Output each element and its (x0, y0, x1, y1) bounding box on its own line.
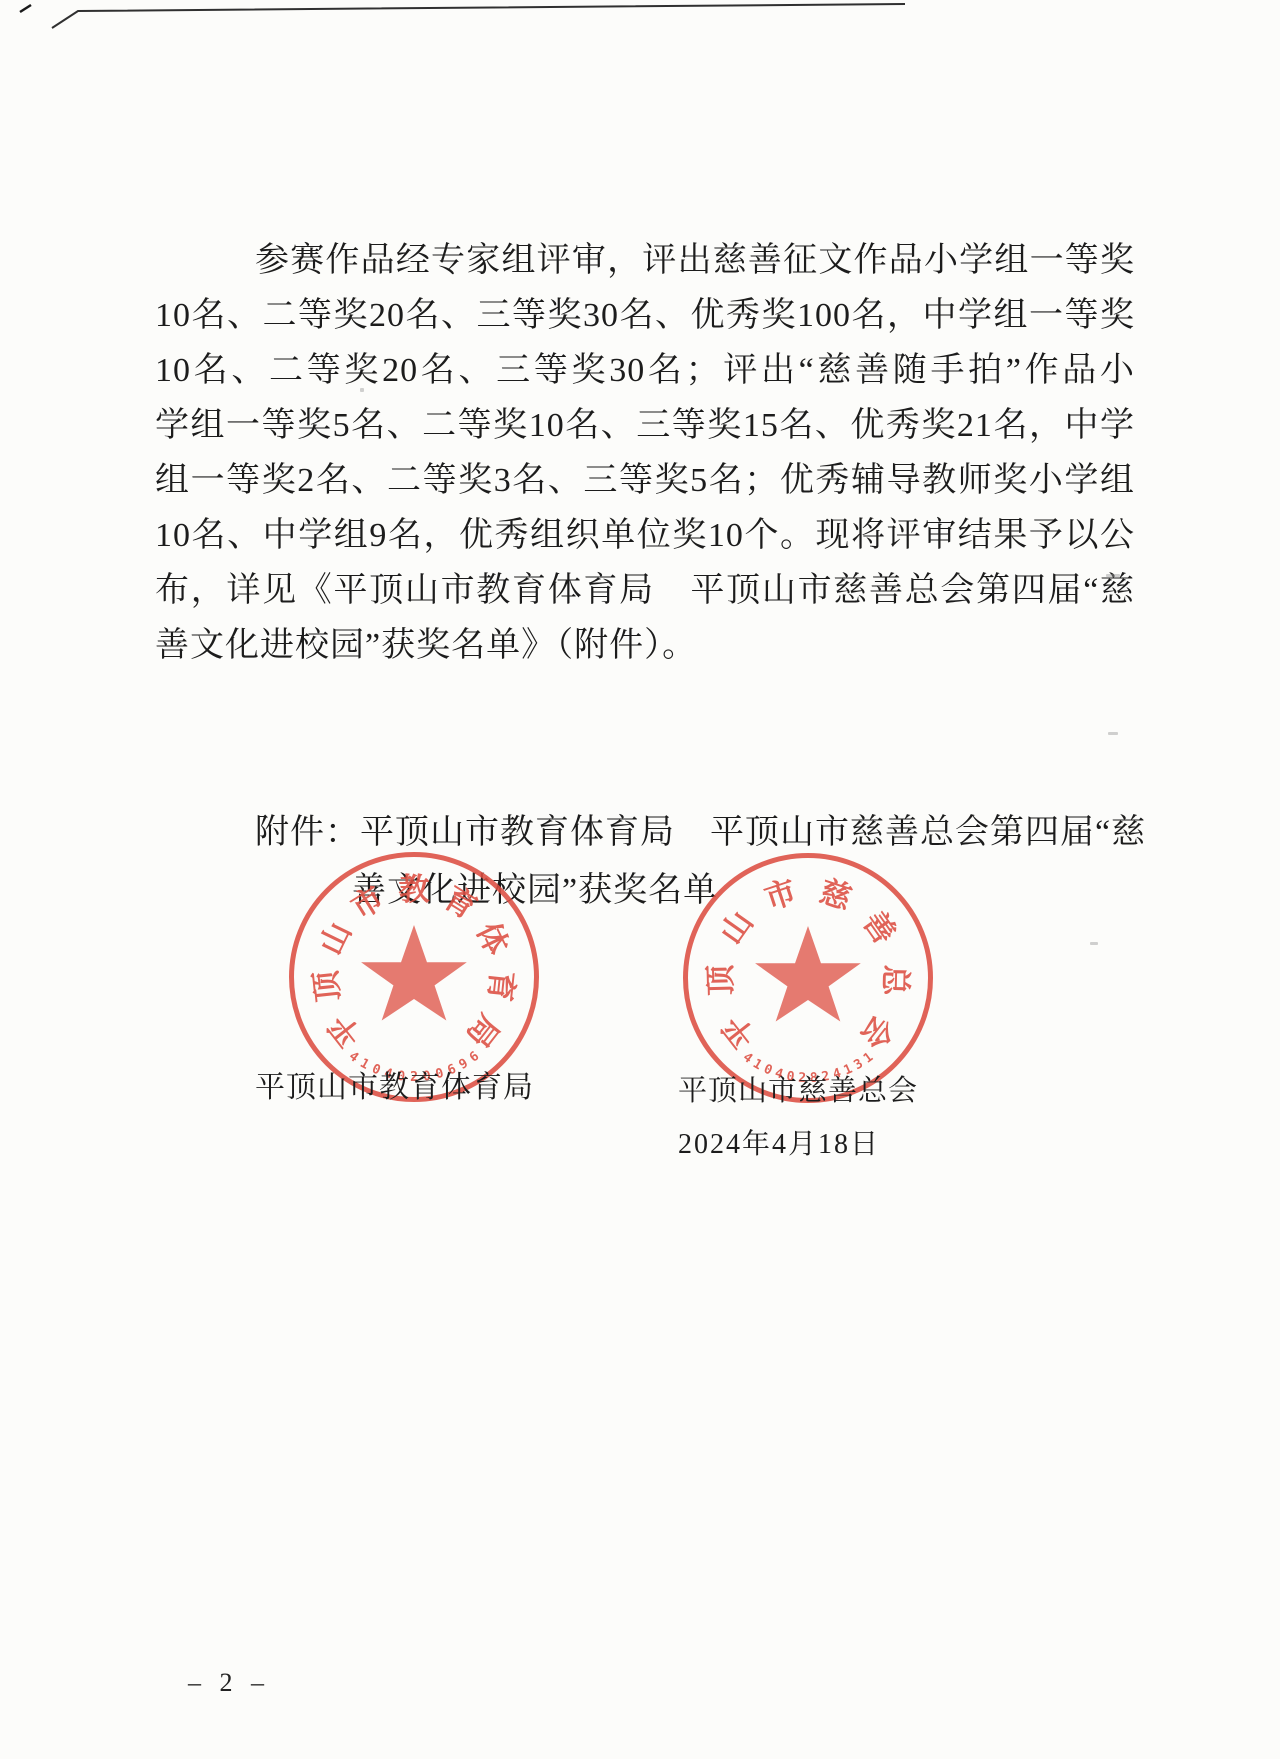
body-line-5: 组一等奖2名、二等奖3名、三等奖5名；优秀辅导教师奖小学组 (155, 453, 1135, 508)
body-line-7: 布，详见《平顶山市教育体育局 平顶山市慈善总会第四届“慈 (155, 563, 1135, 618)
attachment-line-1: 附件：平顶山市教育体育局 平顶山市慈善总会第四届“慈 (155, 804, 1155, 862)
signature-right-org: 平顶山市慈善总会 (678, 1068, 918, 1109)
body-paragraph: 参赛作品经专家组评审，评出慈善征文作品小学组一等奖10名、二等奖20名、三等奖3… (155, 233, 1135, 673)
star-icon (753, 926, 863, 1031)
star-icon (359, 925, 469, 1030)
page-number: – 2 – (188, 1668, 270, 1698)
seal-arc-char: 市 (758, 873, 803, 918)
seal-arc-char: 平 (320, 1005, 371, 1056)
charity-federation-seal: 平顶山市慈善总会410402824131 (683, 853, 933, 1103)
body-line-1: 参赛作品经专家组评审，评出慈善征文作品小学组一等奖 (155, 233, 1135, 288)
seal-arc-char: 慈 (813, 873, 858, 918)
scan-speck (360, 388, 364, 392)
seal-arc-char: 局 (457, 1005, 508, 1056)
seal-arc-char: 顶 (703, 962, 740, 999)
seal-arc-char: 善 (854, 903, 904, 953)
seal-arc-char: 市 (343, 878, 393, 928)
attachment-line-2: 善文化进校园”获奖名单 (155, 862, 1155, 920)
seal-arc-char: 总 (877, 962, 914, 999)
body-line-4: 学组一等奖5名、二等奖10名、三等奖15名、优秀奖21名，中学 (155, 398, 1135, 453)
document-page: 参赛作品经专家组评审，评出慈善征文作品小学组一等奖10名、二等奖20名、三等奖3… (0, 0, 1280, 1759)
seal-arc-char: 山 (712, 903, 762, 953)
seal-arc-char: 育 (435, 878, 485, 928)
signature-left-org: 平顶山市教育体育局 (255, 1062, 534, 1106)
scan-artifact-line (0, 0, 1280, 40)
scan-speck (1090, 942, 1098, 945)
seal-arc-char: 体 (468, 915, 516, 963)
seal-arc-char: 山 (312, 915, 360, 963)
body-line-3: 10名、二等奖20名、三等奖30名；评出“慈善随手拍”作品小 (155, 343, 1135, 398)
attachment-block: 附件：平顶山市教育体育局 平顶山市慈善总会第四届“慈 善文化进校园”获奖名单 (155, 804, 1155, 920)
body-line-2: 10名、二等奖20名、三等奖30名、优秀奖100名，中学组一等奖 (155, 288, 1135, 343)
seal-arc-char: 教 (396, 872, 432, 908)
seal-arc-char: 平 (714, 1006, 765, 1057)
seal-arc-char: 顶 (308, 966, 348, 1006)
seal-arc-char: 育 (481, 966, 521, 1006)
scan-speck (1106, 574, 1120, 577)
body-line-8: 善文化进校园”获奖名单》（附件）。 (155, 618, 1135, 673)
scan-speck (1108, 732, 1118, 735)
body-line-6: 10名、中学组9名，优秀组织单位奖10个。现将评审结果予以公 (155, 508, 1135, 563)
signature-date: 2024年4月18日 (678, 1122, 880, 1162)
seal-arc-char: 会 (851, 1006, 902, 1057)
